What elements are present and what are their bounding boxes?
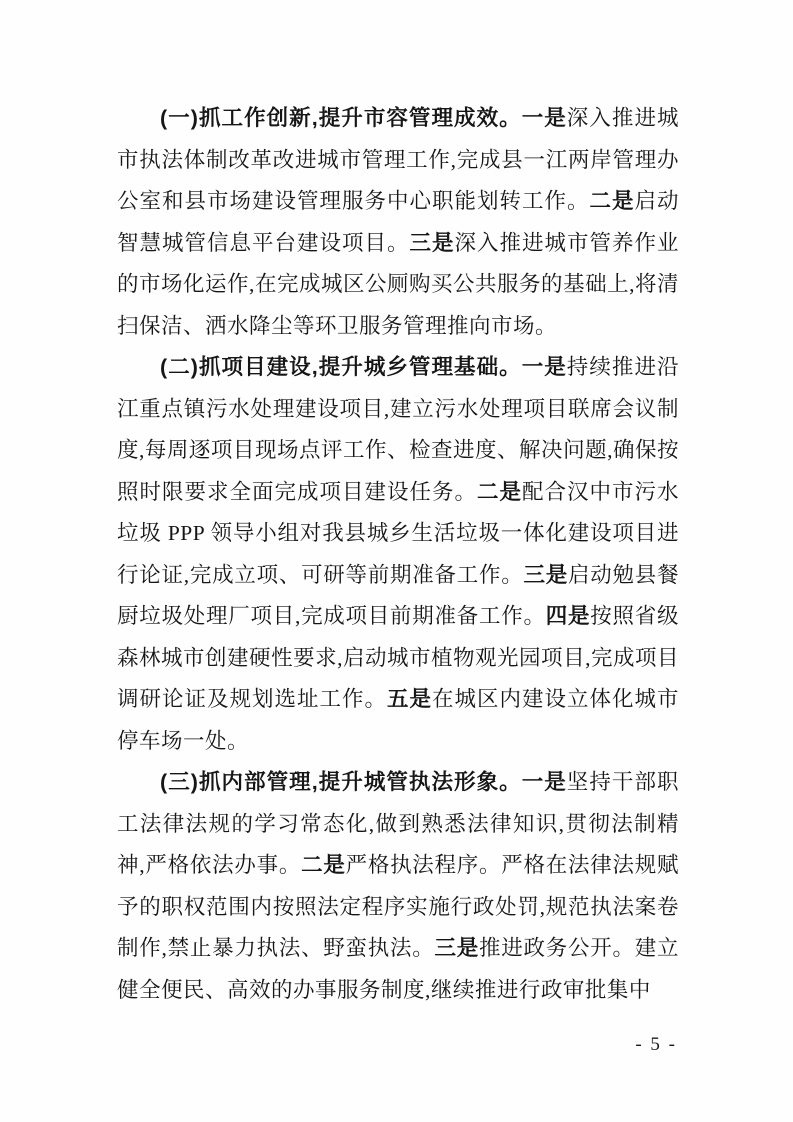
emphasis-segment: 三是 — [524, 563, 569, 587]
emphasis-segment: 一是 — [522, 770, 567, 794]
document-page: (一)抓工作创新,提升市容管理成效。一是深入推进城市执法体制改革改进城市管理工作… — [0, 0, 793, 1122]
emphasis-segment: (三)抓内部管理,提升城管执法形象。 — [160, 770, 522, 794]
paragraph: (一)抓工作创新,提升市容管理成效。一是深入推进城市执法体制改革改进城市管理工作… — [117, 98, 679, 347]
paragraph: (二)抓项目建设,提升城乡管理基础。一是持续推进沿江重点镇污水处理建设项目,建立… — [117, 347, 679, 762]
emphasis-segment: 五是 — [387, 687, 432, 711]
paragraph: (三)抓内部管理,提升城管执法形象。一是坚持干部职工法律法规的学习常态化,做到熟… — [117, 762, 679, 1011]
emphasis-segment: 一是 — [522, 355, 567, 379]
emphasis-segment: 三是 — [435, 936, 480, 960]
page-number: - 5 - — [635, 1033, 677, 1057]
document-body: (一)抓工作创新,提升市容管理成效。一是深入推进城市执法体制改革改进城市管理工作… — [117, 98, 679, 1011]
emphasis-segment: 二是 — [477, 480, 522, 504]
emphasis-segment: 二是 — [589, 189, 634, 213]
emphasis-segment: 二是 — [301, 853, 346, 877]
emphasis-segment: (一)抓工作创新,提升市容管理成效。 — [160, 106, 522, 130]
emphasis-segment: (二)抓项目建设,提升城乡管理基础。 — [160, 355, 522, 379]
emphasis-segment: 一是 — [522, 106, 567, 130]
emphasis-segment: 四是 — [546, 604, 591, 628]
emphasis-segment: 三是 — [409, 231, 454, 255]
